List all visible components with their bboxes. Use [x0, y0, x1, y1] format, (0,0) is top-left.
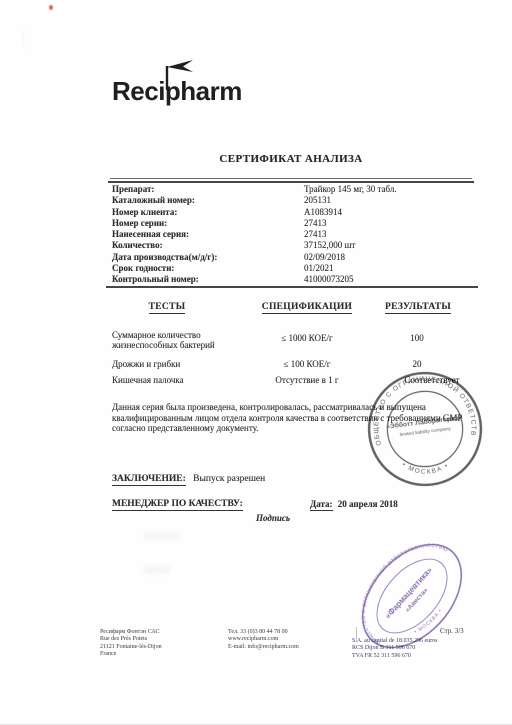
date-label: Дата:	[310, 499, 333, 511]
contact-line: Тел. 33 (0)3 80 44 78 00	[228, 629, 299, 636]
table-row: Контрольный номер:41000073205	[112, 274, 470, 285]
field-value: 37152,000 шт	[304, 240, 470, 251]
field-label: Препарат:	[112, 184, 304, 195]
address-line: Ресифарм Фонтэн САС	[100, 629, 162, 636]
round-stamp-graphic: ОБЩЕСТВО С ОГРАНИЧЕННОЙ ОТВЕТСТВЕННОСТЬЮ…	[357, 361, 493, 497]
quality-manager-label: МЕНЕДЖЕР ПО КАЧЕСТВУ:	[112, 499, 243, 511]
footer-company-address: Ресифарм Фонтэн САС Rue des Prés Potets …	[100, 629, 162, 659]
field-label: Нанесенная серия:	[112, 229, 304, 240]
contact-line: E-mail: info@recipharm.com	[228, 644, 299, 651]
scanned-certificate-page: Recipharm СЕРТИФИКАТ АНАЛИЗА Препарат:Тр…	[0, 0, 512, 725]
field-label: Количество:	[112, 240, 304, 251]
table-row: Каталожный номер:205131	[112, 195, 470, 206]
field-value: 41000073205	[304, 274, 470, 285]
table-row: Срок годности:01/2021	[112, 263, 470, 274]
logo-wordmark: Recipharm	[112, 76, 242, 107]
oval-stamp-graphic: ОБЩЕСТВО С ОГРАНИЧЕННОЙ ОТВЕТСТВЕННОСТЬЮ…	[322, 505, 502, 686]
table-bottom-rule	[106, 286, 478, 288]
batch-info-table: Препарат:Трайкор 145 мг, 30 табл. Катало…	[112, 184, 470, 286]
field-label: Номер серии:	[112, 218, 304, 229]
table-row: Дата производства(м/д/г):02/09/2018	[112, 252, 470, 263]
date-value: 20 апреля 2018	[338, 499, 398, 509]
recipharm-logo: Recipharm	[112, 54, 262, 116]
document-title: СЕРТИФИКАТ АНАЛИЗА	[112, 153, 470, 165]
field-value: Трайкор 145 мг, 30 табл.	[304, 184, 470, 195]
table-row: Номер клиента:A1083914	[112, 207, 470, 218]
field-value: 205131	[304, 195, 470, 206]
table-row: Количество:37152,000 шт	[112, 240, 470, 251]
table-top-rule-thin	[110, 178, 472, 179]
test-result: 100	[362, 333, 472, 343]
spec-column-header: СПЕЦИФИКАЦИИ	[252, 302, 362, 312]
test-name: Кишечная палочка	[112, 375, 262, 385]
svg-text:• МОСКВА •: • МОСКВА •	[400, 456, 451, 479]
field-label: Контрольный номер:	[112, 274, 304, 285]
results-column-header: РЕЗУЛЬТАТЫ	[362, 302, 474, 312]
field-label: Дата производства(м/д/г):	[112, 252, 304, 263]
field-label: Срок годности:	[112, 263, 304, 274]
svg-text:ОБЩЕСТВО С ОГРАНИЧЕННОЙ ОТВЕТС: ОБЩЕСТВО С ОГРАНИЧЕННОЙ ОТВЕТСТВЕННОСТЬЮ	[339, 522, 458, 646]
field-value: 02/09/2018	[304, 252, 470, 263]
contact-line: www.recipharm.com	[228, 636, 299, 643]
quality-manager-line: МЕНЕДЖЕР ПО КАЧЕСТВУ:	[112, 499, 243, 509]
svg-text:«Эбботт Лабораториз»: «Эбботт Лабораториз»	[386, 413, 463, 430]
oval-distributor-stamp: ОБЩЕСТВО С ОГРАНИЧЕННОЙ ОТВЕТСТВЕННОСТЬЮ…	[346, 534, 478, 658]
test-name: Суммарное количество жизнеспособных бакт…	[112, 330, 262, 350]
field-value: 27413	[304, 229, 470, 240]
scan-red-mark	[49, 5, 53, 10]
test-name: Дрожжи и грибки	[112, 359, 262, 369]
table-row: Препарат:Трайкор 145 мг, 30 табл.	[112, 184, 470, 195]
footer-contact-info: Тел. 33 (0)3 80 44 78 00 www.recipharm.c…	[228, 629, 299, 651]
date-line: Дата: 20 апреля 2018	[310, 499, 398, 509]
field-label: Номер клиента:	[112, 207, 304, 218]
round-company-stamp: ОБЩЕСТВО С ОГРАНИЧЕННОЙ ОТВЕТСТВЕННОСТЬЮ…	[357, 361, 493, 497]
address-line: France	[100, 651, 162, 658]
address-line: 21121 Fontaine-lès-Dijon	[100, 644, 162, 651]
field-value: 01/2021	[304, 263, 470, 274]
signature-caption: Подпись	[256, 513, 290, 523]
tests-column-header: ТЕСТЫ	[112, 302, 222, 312]
table-row: Нанесенная серия:27413	[112, 229, 470, 240]
table-row: Номер серии:27413	[112, 218, 470, 229]
scan-squiggle-artifact	[22, 28, 33, 50]
field-value: 27413	[304, 218, 470, 229]
conclusion-label: ЗАКЛЮЧЕНИЕ:	[112, 474, 186, 486]
conclusion-value: Выпуск разрешен	[193, 474, 265, 484]
test-spec: Отсутствие в 1 г	[252, 375, 362, 385]
field-label: Каталожный номер:	[112, 195, 304, 206]
conclusion-line: ЗАКЛЮЧЕНИЕ: Выпуск разрешен	[112, 474, 265, 484]
scan-smudge	[144, 565, 170, 574]
field-value: A1083914	[304, 207, 470, 218]
test-spec: ≤ 1000 КОЕ/г	[252, 333, 362, 343]
test-spec: ≤ 100 КОЕ/г	[252, 359, 362, 369]
address-line: Rue des Prés Potets	[100, 636, 162, 643]
scan-smudge	[144, 532, 180, 540]
table-top-rule-thick	[108, 181, 474, 183]
